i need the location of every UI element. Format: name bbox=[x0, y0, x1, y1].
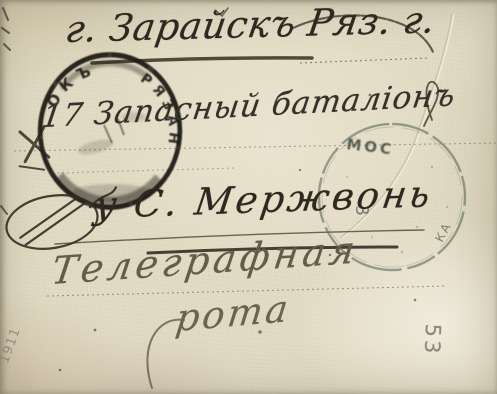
postmark-right-rim-top: МОС bbox=[346, 135, 396, 159]
pencil-number-note: 53 bbox=[420, 323, 445, 357]
edge-marks bbox=[1, 8, 10, 214]
postcard-scan: ОКЪ РЯЗАН МОС 3 КА bbox=[0, 0, 497, 394]
